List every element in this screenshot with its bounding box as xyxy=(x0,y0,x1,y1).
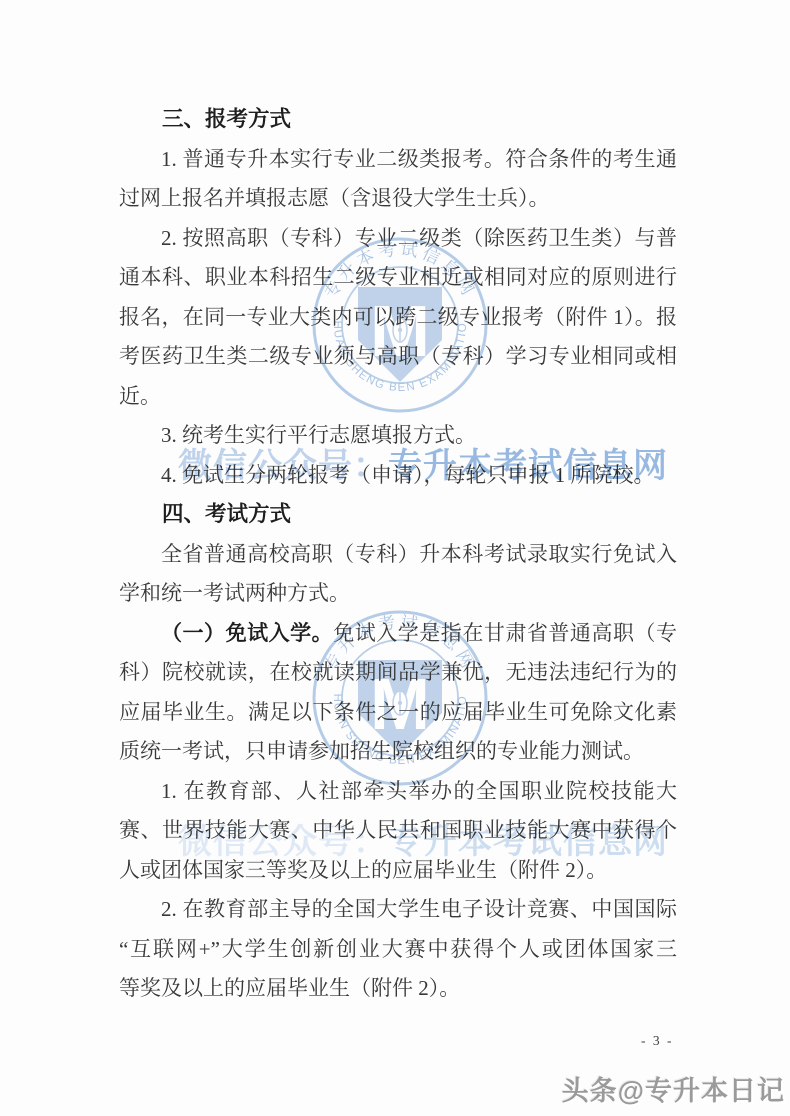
bold-lead: （一）免试入学。 xyxy=(161,622,333,645)
text-line: 质统一考试，只申请参加招生院校组织的专业能力测试。 xyxy=(119,732,677,772)
page-number: - 3 - xyxy=(641,1033,674,1049)
text-line: 考医药卫生类二级专业须与高职（专科）学习专业相同或相 xyxy=(119,337,677,377)
text-line: 等奖及以上的应届毕业生（附件 2）。 xyxy=(119,969,677,1009)
text-line: 1. 在教育部、人社部牵头举办的全国职业院校技能大 xyxy=(119,772,677,812)
footer-credit: 头条@专升本日记 xyxy=(562,1069,785,1108)
text-line: 1. 普通专升本实行专业二级类报考。符合条件的考生通 xyxy=(119,140,677,180)
text-line: 应届毕业生。满足以下条件之一的应届毕业生可免除文化素 xyxy=(119,693,677,733)
text-line: 2. 按照高职（专科）专业二级类（除医药卫生类）与普 xyxy=(119,219,677,259)
text-line: “互联网+”大学生创新创业大赛中获得个人或团体国家三 xyxy=(119,930,677,970)
section-heading: 四、考试方式 xyxy=(119,495,677,535)
watermark-text: 微信公众号：专升本考试信息网 xyxy=(178,438,668,487)
watermark-text-name: 专升本考试信息网 xyxy=(388,823,668,861)
text-line: 2. 在教育部主导的全国大学生电子设计竞赛、中国国际 xyxy=(119,890,677,930)
text-line: 近。 xyxy=(119,377,677,417)
document-body: 三、报考方式1. 普通专升本实行专业二级类报考。符合条件的考生通过网上报名并填报… xyxy=(119,100,677,1009)
watermark-text: 微信公众号：专升本考试信息网 xyxy=(178,814,668,863)
document-page: M 专升本考试信息网 ZHUAN SHENG BEN EXAMINATION M… xyxy=(0,0,790,1116)
text-line: 全省普通高校高职（专科）升本科考试录取实行免试入 xyxy=(119,535,677,575)
text-line: 通本科、职业本科招生二级专业相近或相同对应的原则进行 xyxy=(119,258,677,298)
text-line: 报名，在同一专业大类内可以跨二级专业报考（附件 1）。报 xyxy=(119,298,677,338)
text-line: （一）免试入学。免试入学是指在甘肃省普通高职（专 xyxy=(119,614,677,654)
text-line: 学和统一考试两种方式。 xyxy=(119,574,677,614)
watermark-text-name: 专升本考试信息网 xyxy=(388,447,668,485)
watermark-text-prefix: 微信公众号： xyxy=(178,823,388,861)
watermark-text-prefix: 微信公众号： xyxy=(178,447,388,485)
section-heading: 三、报考方式 xyxy=(119,100,677,140)
text-line: 科）院校就读，在校就读期间品学兼优，无违法违纪行为的 xyxy=(119,653,677,693)
text-line: 过网上报名并填报志愿（含退役大学生士兵）。 xyxy=(119,179,677,219)
